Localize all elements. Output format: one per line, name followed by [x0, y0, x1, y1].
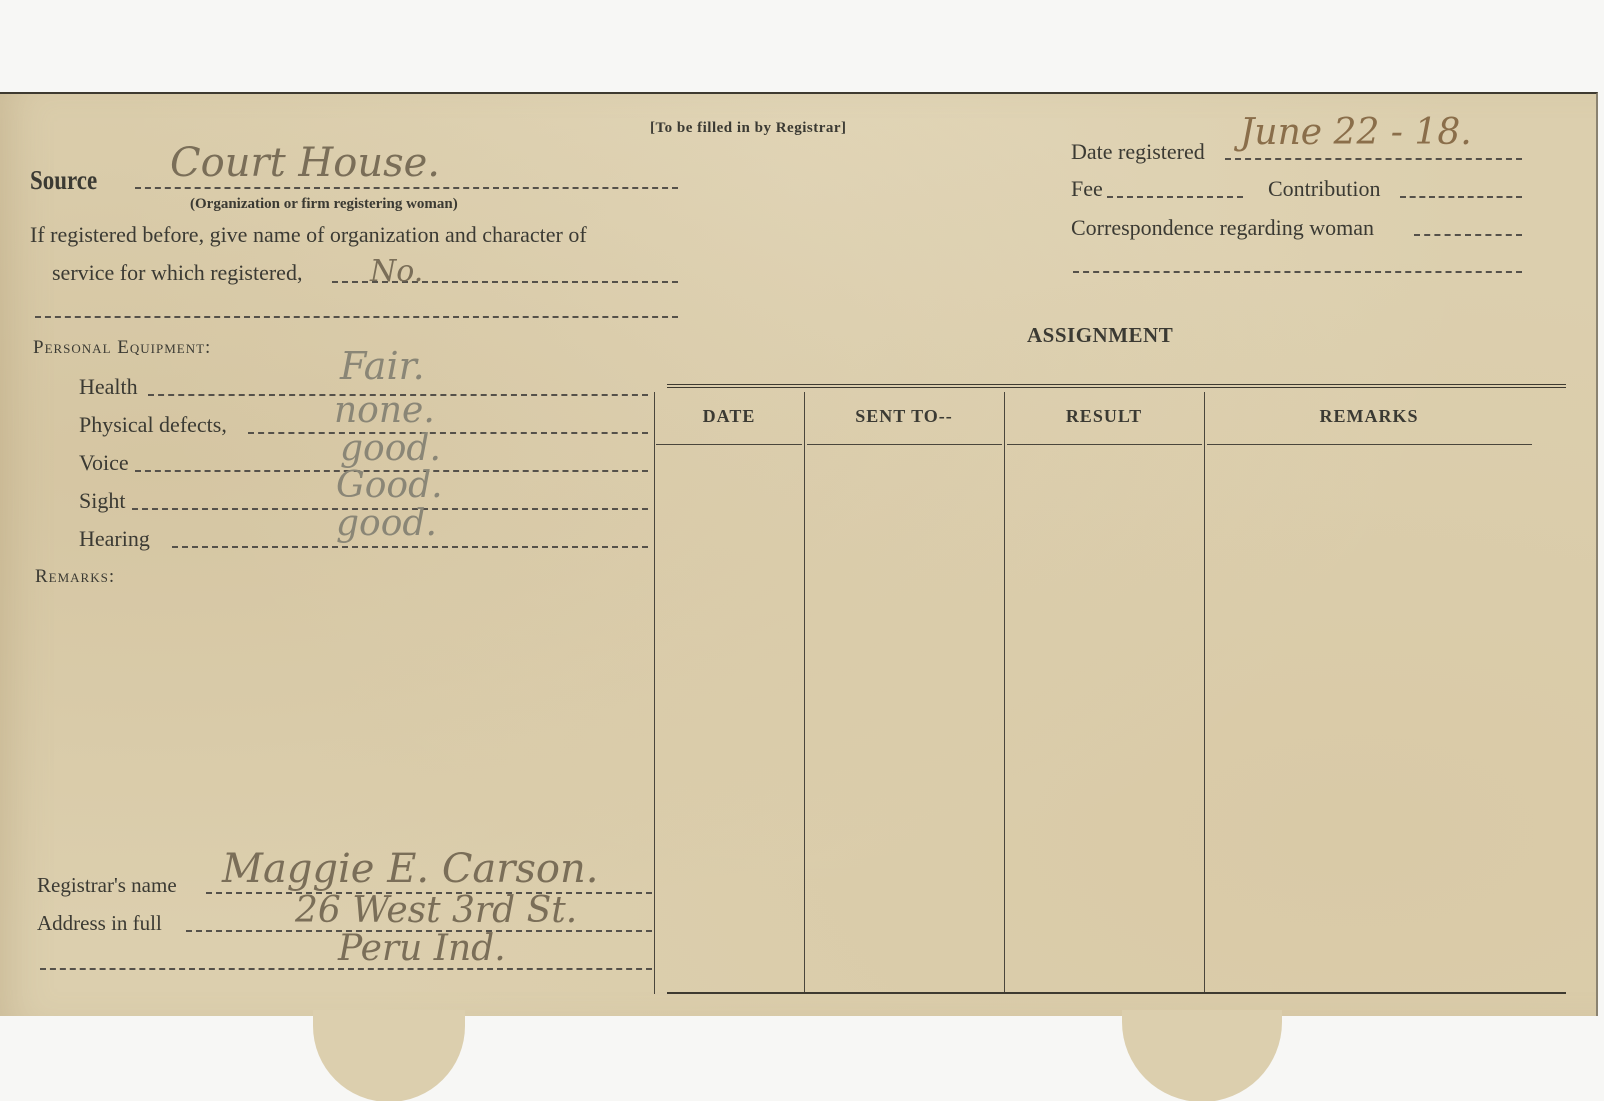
physical-defects-label: Physical defects,: [79, 412, 227, 438]
health-label: Health: [79, 374, 138, 400]
physical-defects-field[interactable]: [248, 432, 648, 434]
column-header-date: DATE: [654, 406, 804, 427]
voice-label: Voice: [79, 450, 129, 476]
remarks-heading: Remarks:: [35, 566, 115, 588]
contribution-label: Contribution: [1268, 176, 1380, 202]
source-field[interactable]: [135, 187, 678, 189]
source-label: Source: [30, 165, 97, 196]
fee-field[interactable]: [1107, 196, 1243, 198]
sight-label: Sight: [79, 488, 125, 514]
hearing-value: good.: [336, 503, 437, 544]
column-header-result: RESULT: [1004, 406, 1204, 427]
source-value: Court House.: [170, 140, 440, 186]
remarks-area[interactable]: [30, 595, 640, 855]
fee-label: Fee: [1071, 176, 1103, 202]
assignment-heading: ASSIGNMENT: [1027, 323, 1173, 348]
table-body-date[interactable]: [654, 448, 804, 988]
correspondence-field[interactable]: [1414, 234, 1522, 236]
address-label: Address in full: [37, 911, 162, 936]
registered-before-label: If registered before, give name of organ…: [30, 222, 587, 248]
contribution-field[interactable]: [1400, 196, 1522, 198]
personal-equipment-heading: Personal Equipment:: [33, 337, 211, 359]
header-rule: [807, 444, 1002, 445]
header-rule: [1207, 444, 1532, 445]
header-rule: [656, 444, 802, 445]
registrar-name-label: Registrar's name: [37, 873, 177, 898]
address-line1-value: 26 West 3rd St.: [295, 890, 577, 931]
card-tab-right: [1122, 1010, 1282, 1101]
header-rule: [1007, 444, 1202, 445]
date-registered-label: Date registered: [1071, 139, 1205, 165]
table-bottom-rule: [667, 992, 1566, 994]
registrar-name-value: Maggie E. Carson.: [222, 846, 598, 892]
correspondence-field-line2[interactable]: [1073, 271, 1522, 273]
header-note: [To be filled in by Registrar]: [650, 120, 847, 137]
hearing-field[interactable]: [172, 546, 648, 548]
column-header-remarks: REMARKS: [1204, 406, 1534, 427]
column-header-sent-to: SENT TO--: [804, 406, 1004, 427]
source-caption: (Organization or firm registering woman): [190, 196, 458, 213]
sight-value: Good.: [336, 465, 443, 506]
health-value: Fair.: [340, 344, 425, 388]
address-line2-value: Peru Ind.: [338, 928, 506, 969]
table-body-remarks[interactable]: [1204, 448, 1534, 988]
service-label: service for which registered,: [52, 260, 302, 286]
physical-defects-value: none.: [334, 390, 435, 431]
correspondence-label: Correspondence regarding woman: [1071, 215, 1374, 241]
voice-value: good.: [340, 428, 441, 469]
registered-before-value: No.: [370, 254, 423, 289]
card-tab-left: [313, 1010, 465, 1101]
registered-before-field-line2[interactable]: [35, 316, 678, 318]
date-registered-value: June 22 - 18.: [1240, 112, 1472, 153]
assignment-table: DATE SENT TO-- RESULT REMARKS: [667, 384, 1566, 994]
hearing-label: Hearing: [79, 526, 150, 552]
table-body-sent-to[interactable]: [804, 448, 1004, 988]
table-body-result[interactable]: [1004, 448, 1204, 988]
date-registered-field[interactable]: [1225, 158, 1522, 160]
